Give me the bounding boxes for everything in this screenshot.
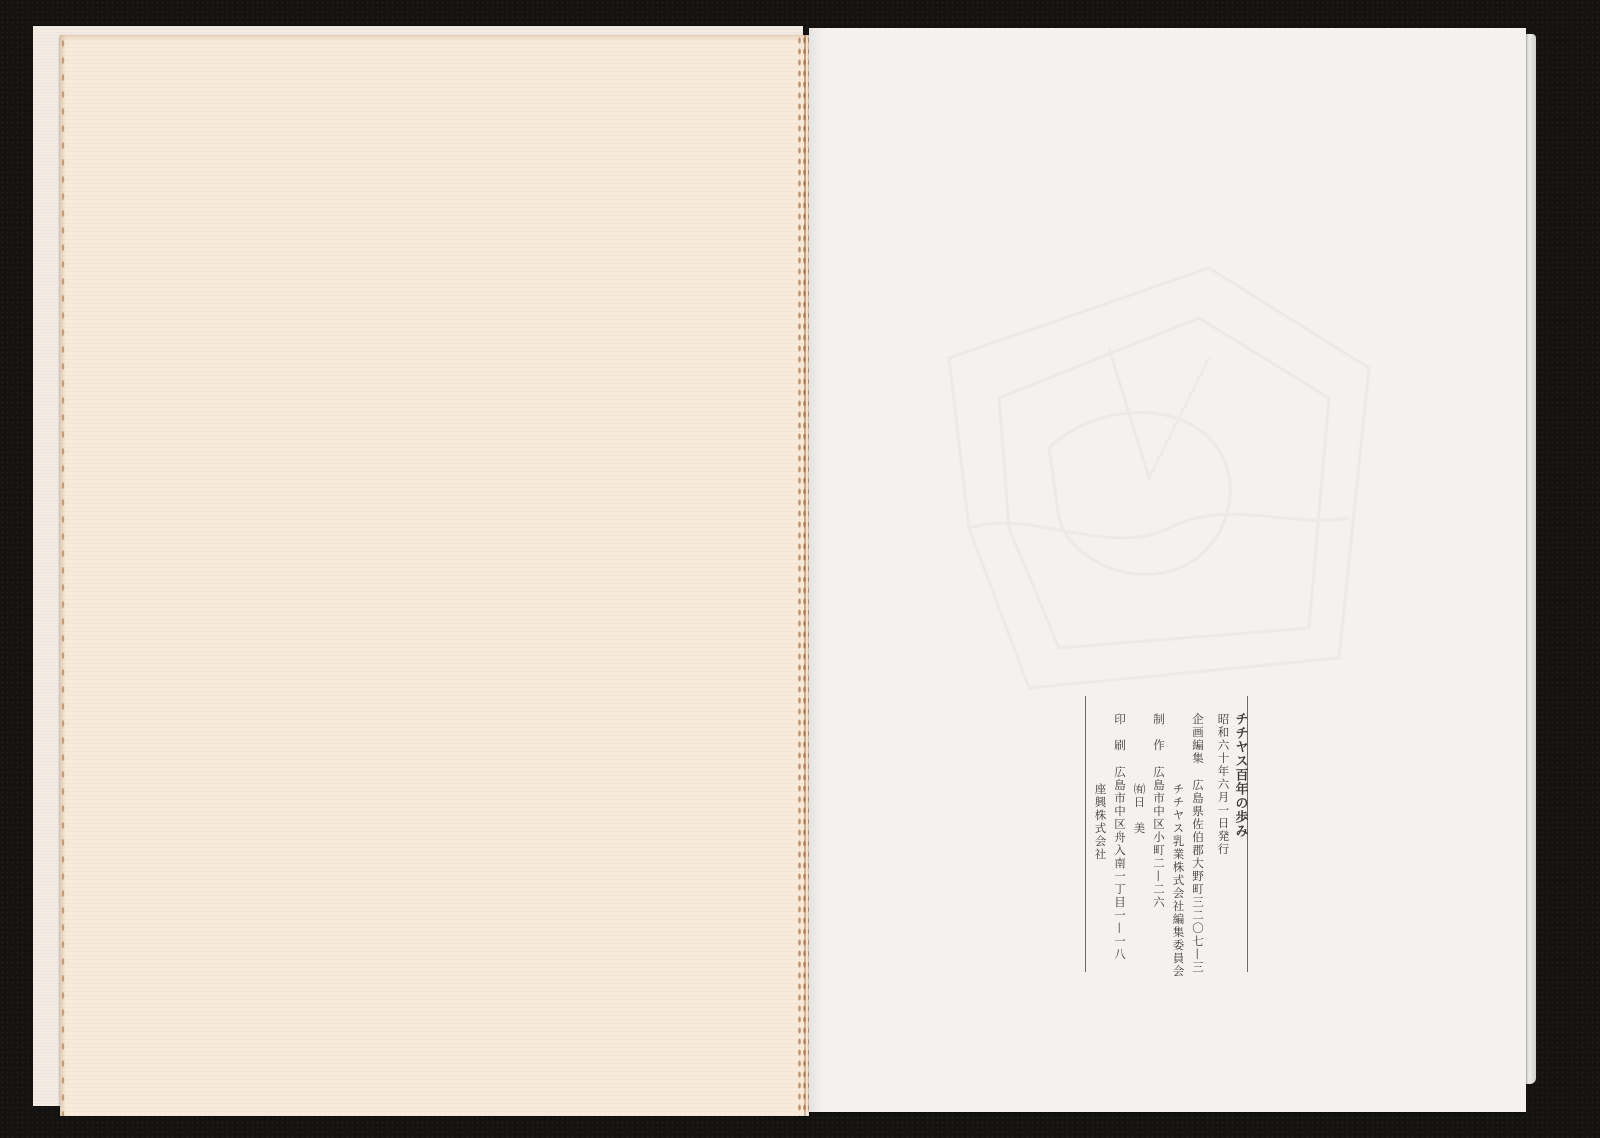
- colophon-entry-planning-org: チチヤス乳業株式会社編集委員会: [1172, 696, 1184, 989]
- colophon-entry-printing-org: 座興株式会社: [1094, 696, 1106, 989]
- entry-organization: 座興株式会社: [1094, 783, 1106, 861]
- foxing-stains-outer-edge: [60, 35, 68, 1116]
- gutter-shadow: [809, 28, 823, 1112]
- colophon-block: チチヤス百年の歩み 昭和六十年六月一日発行 企画編集広島県佐伯郡大野町三二〇七—…: [1071, 696, 1248, 972]
- entry-label: 企画編集: [1192, 713, 1204, 765]
- entry-label: 印 刷: [1114, 713, 1126, 752]
- colophon-entry-planning: 企画編集広島県佐伯郡大野町三二〇七—三: [1192, 696, 1204, 989]
- publication-date: 昭和六十年六月一日発行: [1217, 696, 1229, 989]
- faint-illustration-watermark: [909, 228, 1389, 708]
- entry-address: 広島県佐伯郡大野町三二〇七—三: [1192, 779, 1204, 974]
- entry-organization: チチヤス乳業株式会社編集委員会: [1172, 783, 1184, 978]
- colophon-entry-printing: 印 刷広島市中区舟入南一丁目一—一八: [1114, 696, 1126, 989]
- entry-address: 広島市中区小町二—二六: [1153, 766, 1165, 909]
- colophon-rule-left: [1085, 696, 1086, 972]
- colophon-entry-production: 制 作広島市中区小町二—二六: [1153, 696, 1165, 989]
- foxing-stains-gutter: [797, 35, 809, 1116]
- gutter-stain-line: [804, 35, 806, 1116]
- entry-address: 広島市中区舟入南一丁目一—一八: [1114, 766, 1126, 961]
- right-colophon-page: チチヤス百年の歩み 昭和六十年六月一日発行 企画編集広島県佐伯郡大野町三二〇七—…: [809, 28, 1526, 1112]
- book-title: チチヤス百年の歩み: [1234, 696, 1247, 988]
- colophon-entry-production-org: ㈲日 美: [1133, 696, 1145, 989]
- left-endpaper-page: [60, 35, 809, 1116]
- entry-organization: ㈲日 美: [1133, 783, 1145, 835]
- entry-label: 制 作: [1153, 713, 1165, 752]
